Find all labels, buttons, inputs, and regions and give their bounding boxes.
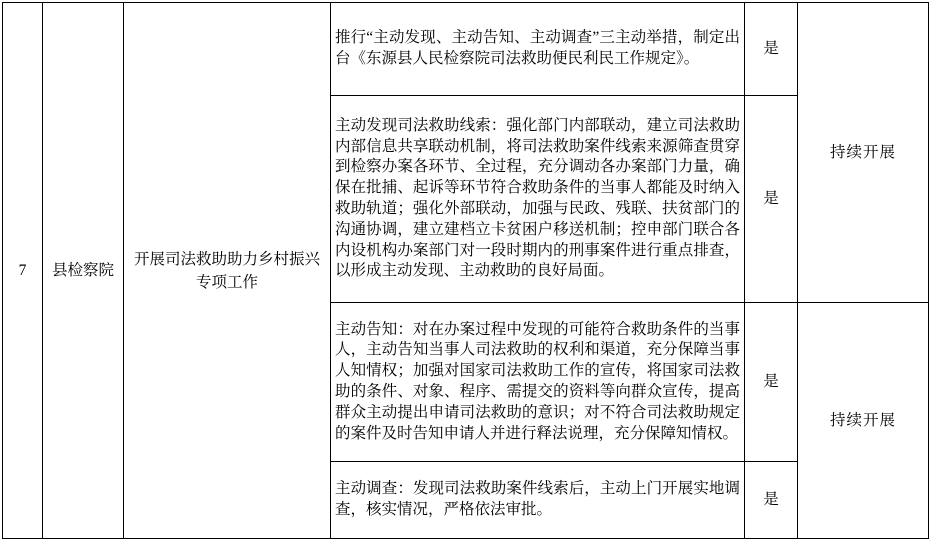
completed-cell-2: 是 [745,96,798,303]
table-row: 7 县检察院 开展司法救助助力乡村振兴专项工作 推行“主动发现、主动告知、主动调… [3,3,929,96]
status-cell-2: 持续开展 [798,303,929,539]
measure-cell-4: 主动调查：发现司法救助案件线索后，主动上门开展实地调查，核实情况，严格依法审批。 [331,462,745,539]
completed-cell-4: 是 [745,462,798,539]
document-sheet: 7 县检察院 开展司法救助助力乡村振兴专项工作 推行“主动发现、主动告知、主动调… [0,2,931,541]
measure-cell-3: 主动告知：对在办案过程中发现的可能符合救助条件的当事人，主动告知当事人司法救助的… [331,303,745,462]
measure-cell-2: 主动发现司法救助线索：强化部门内部联动，建立司法救助内部信息共享联动机制，将司法… [331,96,745,303]
completed-cell-1: 是 [745,3,798,96]
unit-cell: 县检察院 [43,3,124,539]
serial-number-cell: 7 [3,3,43,539]
work-progress-table: 7 县检察院 开展司法救助助力乡村振兴专项工作 推行“主动发现、主动告知、主动调… [2,2,929,539]
completed-cell-3: 是 [745,303,798,462]
project-cell: 开展司法救助助力乡村振兴专项工作 [124,3,331,539]
status-cell-1: 持续开展 [798,3,929,303]
measure-cell-1: 推行“主动发现、主动告知、主动调查”三主动举措，制定出台《东源县人民检察院司法救… [331,3,745,96]
